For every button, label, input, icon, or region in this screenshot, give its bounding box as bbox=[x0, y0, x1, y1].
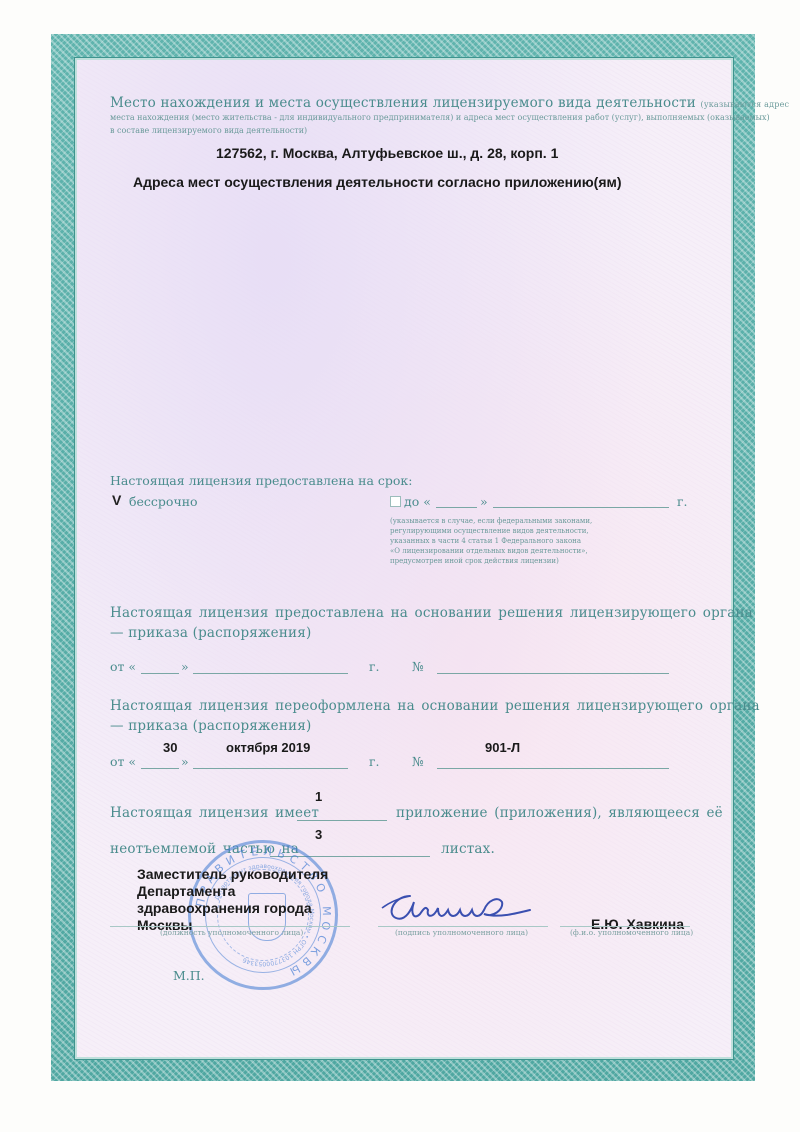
granted-month-year-field[interactable] bbox=[193, 673, 348, 674]
reissued-line1: Настоящая лицензия переоформлена на осно… bbox=[110, 698, 760, 714]
appendix-count-field[interactable] bbox=[297, 820, 387, 821]
unlimited-label: бессрочно bbox=[129, 494, 198, 509]
term-note-line: (указывается в случае, если федеральными… bbox=[390, 516, 592, 526]
term-note-line: регулирующими осуществление видов деятел… bbox=[390, 526, 592, 536]
granted-number-sign: № bbox=[412, 659, 424, 674]
granted-from-mid: » bbox=[181, 659, 189, 674]
license-address: 127562, г. Москва, Алтуфьевское ш., д. 2… bbox=[216, 145, 558, 161]
position-line: Департамента bbox=[137, 883, 328, 900]
until-mid: » bbox=[480, 494, 488, 509]
granted-number-field[interactable] bbox=[437, 673, 669, 674]
reissued-day-field[interactable] bbox=[141, 768, 179, 769]
reissued-month-year-field[interactable] bbox=[193, 768, 348, 769]
addresses-reference: Адреса мест осуществления деятельности с… bbox=[133, 174, 622, 190]
granted-year-suffix: г. bbox=[369, 659, 380, 674]
reissued-number: 901-Л bbox=[485, 740, 520, 755]
seal-place-label: М.П. bbox=[173, 968, 205, 983]
signature-line-field bbox=[378, 926, 548, 927]
until-checkbox[interactable] bbox=[390, 496, 401, 507]
unlimited-checkmark[interactable]: V bbox=[112, 492, 121, 508]
appendix-count: 1 bbox=[315, 789, 322, 804]
signature-caption: (подпись уполномоченного лица) bbox=[395, 928, 528, 937]
term-note-line: «О лицензировании отдельных видов деятел… bbox=[390, 546, 592, 556]
position-caption: (должность уполномоченного лица) bbox=[160, 928, 303, 937]
granted-day-field[interactable] bbox=[141, 673, 179, 674]
reissued-year-suffix: г. bbox=[369, 754, 380, 769]
appendix-sheets: 3 bbox=[315, 827, 322, 842]
granted-from-prefix: от « bbox=[110, 659, 136, 674]
reissued-line2: — приказа (распоряжения) bbox=[110, 718, 311, 734]
reissued-number-field[interactable] bbox=[437, 768, 669, 769]
location-title: Место нахождения и места осуществления л… bbox=[110, 95, 789, 111]
position-line: Заместитель руководителя bbox=[137, 866, 328, 883]
until-day-field[interactable] bbox=[436, 507, 477, 508]
location-note-line3: в составе лицензируемого вида деятельнос… bbox=[110, 126, 307, 137]
term-note-line: предусмотрен иной срок действия лицензии… bbox=[390, 556, 592, 566]
appendix-line2-suffix: листах. bbox=[441, 841, 495, 857]
location-note-line2: места нахождения (место жительства - для… bbox=[110, 113, 770, 124]
term-note-line: указанных в части 4 статьи 1 Федеральног… bbox=[390, 536, 592, 546]
until-year-suffix: г. bbox=[677, 494, 688, 509]
name-line-field bbox=[560, 926, 690, 927]
term-note: (указывается в случае, если федеральными… bbox=[390, 516, 592, 566]
name-caption: (ф.и.о. уполномоченного лица) bbox=[570, 928, 693, 937]
reissued-month-year: октября 2019 bbox=[226, 740, 310, 755]
reissued-from-mid: » bbox=[181, 754, 189, 769]
term-label: Настоящая лицензия предоставлена на срок… bbox=[110, 473, 412, 488]
signatory-position: Заместитель руководителя Департамента зд… bbox=[137, 866, 328, 934]
granted-line2: — приказа (распоряжения) bbox=[110, 625, 311, 641]
appendix-line1-suffix: приложение (приложения), являющееся её bbox=[396, 805, 723, 821]
position-line: здравоохранения города bbox=[137, 900, 328, 917]
reissued-day: 30 bbox=[163, 740, 177, 755]
until-prefix: до « bbox=[404, 494, 431, 509]
reissued-from-prefix: от « bbox=[110, 754, 136, 769]
reissued-number-sign: № bbox=[412, 754, 424, 769]
until-month-year-field[interactable] bbox=[493, 507, 669, 508]
handwritten-signature bbox=[380, 888, 550, 928]
appendix-line1-prefix: Настоящая лицензия имеет bbox=[110, 805, 319, 821]
granted-line1: Настоящая лицензия предоставлена на осно… bbox=[110, 605, 753, 621]
position-line-field bbox=[110, 926, 350, 927]
location-title-note: (указываются адрес bbox=[701, 100, 790, 109]
location-title-text: Место нахождения и места осуществления л… bbox=[110, 95, 696, 111]
